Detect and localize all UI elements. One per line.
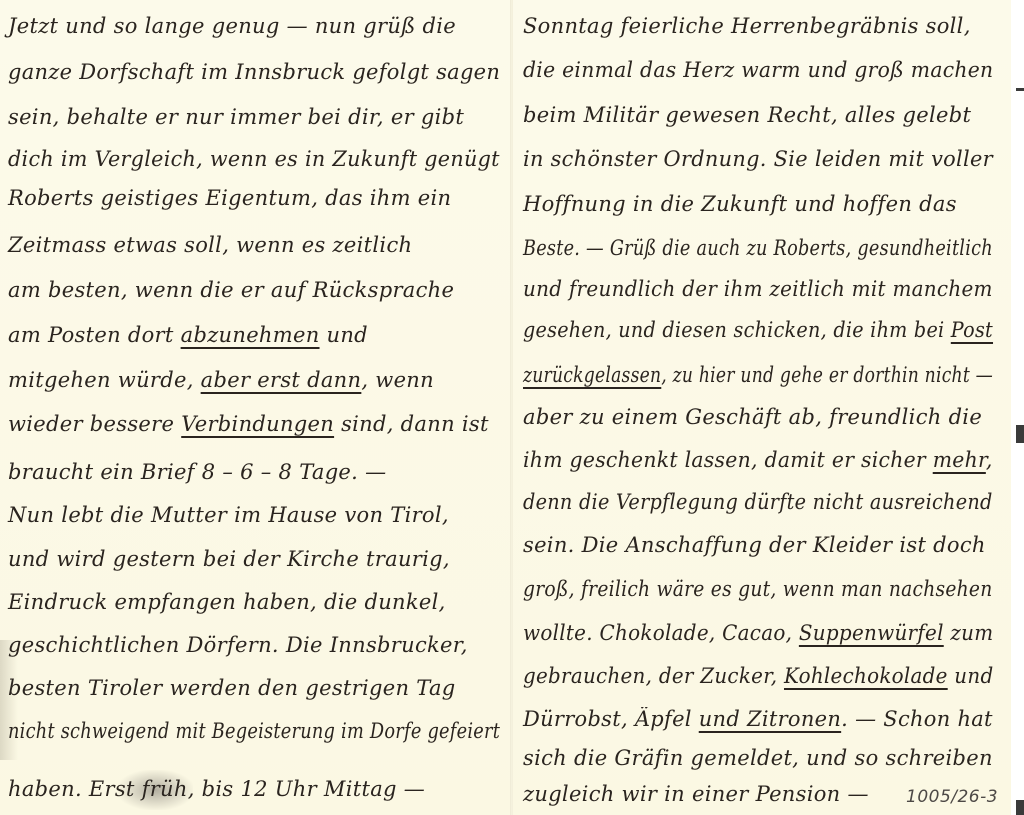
underlined-text: aber erst dann (201, 368, 362, 392)
right-page: Sonntag feierliche Herrenbegräbnis soll,… (513, 0, 1012, 815)
handwritten-line: besten Tiroler werden den gestrigen Tag (8, 676, 456, 700)
handwritten-line: groß, freilich wäre es gut, wenn man nac… (523, 577, 992, 601)
underlined-text: Kohlechokolade (784, 664, 948, 688)
underlined-text: Suppenwürfel (799, 621, 944, 645)
archive-number: 1005/26-3 (906, 787, 998, 807)
underlined-text: Verbindungen (181, 412, 334, 436)
handwritten-line: am besten, wenn die er auf Rücksprache (8, 278, 454, 302)
scan-edge-mark (1016, 425, 1024, 443)
handwritten-line: mitgehen würde, aber erst dann, wenn (8, 368, 434, 392)
handwritten-line: gesehen, und diesen schicken, die ihm be… (523, 318, 993, 342)
underlined-text: zurückgelassen (523, 363, 661, 387)
handwritten-line: aber zu einem Geschäft ab, freundlich di… (523, 405, 982, 429)
handwritten-line: haben. Erst früh, bis 12 Uhr Mittag — (8, 777, 425, 801)
handwritten-line: am Posten dort abzunehmen und (8, 323, 368, 347)
underlined-text: Post (951, 318, 993, 342)
handwritten-line: Dürrobst, Äpfel und Zitronen. — Schon ha… (523, 707, 993, 731)
handwritten-line: Beste. — Grüß die auch zu Roberts, gesun… (523, 236, 993, 260)
handwritten-line: zugleich wir in einer Pension — (523, 782, 869, 806)
handwritten-line: die einmal das Herz warm und groß machen (523, 58, 993, 82)
handwritten-line: wollte. Chokolade, Cacao, Suppenwürfel z… (523, 621, 993, 645)
handwritten-line: in schönster Ordnung. Sie leiden mit vol… (523, 147, 993, 171)
handwritten-line: denn die Verpflegung dürfte nicht ausrei… (523, 490, 993, 514)
handwritten-line: Roberts geistiges Eigentum, das ihm ein (8, 186, 451, 210)
scan-edge-mark (1016, 800, 1024, 815)
handwritten-line: wieder bessere Verbindungen sind, dann i… (8, 412, 489, 436)
handwritten-line: Nun lebt die Mutter im Hause von Tirol, (8, 503, 449, 527)
scan-edge-mark (1016, 88, 1024, 91)
handwritten-line: sich die Gräfin gemeldet, und so schreib… (523, 746, 993, 770)
handwritten-line: gebrauchen, der Zucker, Kohlechokolade u… (523, 664, 993, 688)
handwritten-line: und freundlich der ihm zeitlich mit manc… (523, 277, 993, 301)
handwritten-line: zurückgelassen, zu hier und gehe er dort… (523, 363, 993, 387)
scanned-letter: Jetzt und so lange genug — nun grüß dieg… (0, 0, 1024, 815)
underlined-text: mehr (933, 448, 986, 472)
handwritten-line: geschichtlichen Dörfern. Die Innsbrucker… (8, 633, 468, 657)
underlined-text: abzunehmen (181, 323, 320, 347)
handwritten-line: und wird gestern bei der Kirche traurig, (8, 547, 450, 571)
handwritten-line: sein, behalte er nur immer bei dir, er g… (8, 105, 464, 129)
handwritten-line: dich im Vergleich, wenn es in Zukunft ge… (8, 147, 500, 171)
scan-margin (1011, 0, 1024, 815)
handwritten-line: braucht ein Brief 8 – 6 – 8 Tage. — (8, 460, 386, 484)
handwritten-line: Sonntag feierliche Herrenbegräbnis soll, (523, 14, 971, 38)
handwritten-line: Jetzt und so lange genug — nun grüß die (8, 14, 456, 38)
handwritten-line: Eindruck empfangen haben, die dunkel, (8, 590, 446, 614)
handwritten-line: Zeitmass etwas soll, wenn es zeitlich (8, 233, 412, 257)
left-page: Jetzt und so lange genug — nun grüß dieg… (0, 0, 511, 815)
handwritten-line: ihm geschenkt lassen, damit er sicher me… (523, 448, 993, 472)
handwritten-line: beim Militär gewesen Recht, alles gelebt (523, 103, 971, 127)
handwritten-line: ganze Dorfschaft im Innsbruck gefolgt sa… (8, 60, 500, 84)
handwritten-line: nicht schweigend mit Begeisterung im Dor… (8, 719, 500, 743)
handwritten-line: sein. Die Anschaffung der Kleider ist do… (523, 533, 986, 557)
underlined-text: und Zitronen (699, 707, 841, 731)
handwritten-line: Hoffnung in die Zukunft und hoffen das (523, 192, 957, 216)
